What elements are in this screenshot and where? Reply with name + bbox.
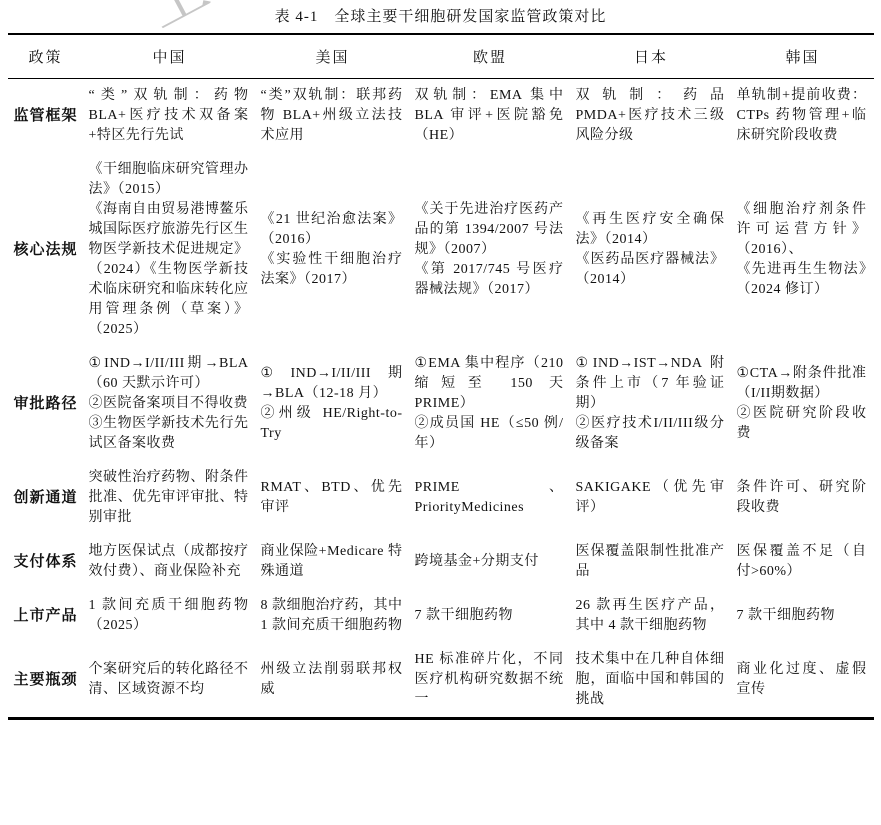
table-row-core-regulations: 核心法规 《干细胞临床研究管理办法》（2015） 《海南自由贸易港博鳌乐城国际医…: [8, 153, 874, 347]
row-label-core-regulations: 核心法规: [8, 153, 84, 347]
table-row-innovation-channel: 创新通道 突破性治疗药物、附条件批准、优先审评审批、特别审批 RMAT、BTD、…: [8, 461, 874, 535]
cell-innovation-china: 突破性治疗药物、附条件批准、优先审评审批、特别审批: [84, 461, 256, 535]
column-header-eu: 欧盟: [410, 34, 571, 79]
table-body: 监管框架 “类”双轨制：药物 BLA+医疗技术双备案+特区先行先试 “类”双轨制…: [8, 79, 874, 719]
cell-pathway-china: ①IND→I/II/III期→BLA（60 天默示许可） ②医院备案项目不得收费…: [84, 347, 256, 461]
row-label-main-bottlenecks: 主要瓶颈: [8, 643, 84, 719]
cell-payment-korea: 医保覆盖不足（自付>60%）: [732, 535, 874, 589]
cell-products-japan: 26 款再生医疗产品，其中 4 款干细胞药物: [571, 589, 732, 643]
cell-bottleneck-china: 个案研究后的转化路径不清、区域资源不均: [84, 643, 256, 719]
cell-regulations-korea: 《细胞治疗剂条件许可运营方针》（2016）、 《先进再生生物法》（2024 修订…: [732, 153, 874, 347]
cell-products-korea: 7 款干细胞药物: [732, 589, 874, 643]
table-row-regulatory-framework: 监管框架 “类”双轨制：药物 BLA+医疗技术双备案+特区先行先试 “类”双轨制…: [8, 79, 874, 154]
cell-bottleneck-japan: 技术集中在几种自体细胞，面临中国和韩国的挑战: [571, 643, 732, 719]
cell-products-usa: 8 款细胞治疗药，其中 1 款间充质干细胞药物: [256, 589, 410, 643]
cell-regulations-eu: 《关于先进治疗医药产品的第 1394/2007 号法规》（2007） 《第 20…: [410, 153, 571, 347]
table-header: 政策 中国 美国 欧盟 日本 韩国: [8, 34, 874, 79]
column-header-japan: 日本: [571, 34, 732, 79]
cell-payment-eu: 跨境基金+分期支付: [410, 535, 571, 589]
cell-payment-usa: 商业保险+Medicare 特殊通道: [256, 535, 410, 589]
cell-pathway-japan: ①IND→IST→NDA 附条件上市（7 年验证期） ②医疗技术I/II/III…: [571, 347, 732, 461]
policy-comparison-table: 政策 中国 美国 欧盟 日本 韩国 监管框架 “类”双轨制：药物 BLA+医疗技…: [8, 33, 874, 720]
column-header-policy: 政策: [8, 34, 84, 79]
cell-framework-china: “类”双轨制：药物 BLA+医疗技术双备案+特区先行先试: [84, 79, 256, 154]
column-header-usa: 美国: [256, 34, 410, 79]
table-row-main-bottlenecks: 主要瓶颈 个案研究后的转化路径不清、区域资源不均 州级立法削弱联邦权威 HE 标…: [8, 643, 874, 719]
cell-products-eu: 7 款干细胞药物: [410, 589, 571, 643]
row-label-marketed-products: 上市产品: [8, 589, 84, 643]
column-header-china: 中国: [84, 34, 256, 79]
row-label-approval-pathway: 审批路径: [8, 347, 84, 461]
cell-framework-japan: 双轨制：药品 PMDA+医疗技术三级风险分级: [571, 79, 732, 154]
cell-regulations-china: 《干细胞临床研究管理办法》（2015） 《海南自由贸易港博鳌乐城国际医疗旅游先行…: [84, 153, 256, 347]
cell-innovation-eu: PRIME、PriorityMedicines: [410, 461, 571, 535]
row-label-innovation-channel: 创新通道: [8, 461, 84, 535]
cell-payment-china: 地方医保试点（成都按疗效付费）、商业保险补充: [84, 535, 256, 589]
row-label-regulatory-framework: 监管框架: [8, 79, 84, 154]
cell-pathway-eu: ①EMA 集中程序（210 缩短至 150 天 PRIME） ②成员国 HE（≤…: [410, 347, 571, 461]
cell-innovation-korea: 条件许可、研究阶段收费: [732, 461, 874, 535]
cell-bottleneck-korea: 商业化过度、虚假宣传: [732, 643, 874, 719]
cell-pathway-usa: ①IND→I/II/III期→BLA（12-18 月） ②州级 HE/Right…: [256, 347, 410, 461]
cell-innovation-usa: RMAT、BTD、优先审评: [256, 461, 410, 535]
cell-innovation-japan: SAKIGAKE（优先审评）: [571, 461, 732, 535]
cell-regulations-usa: 《21 世纪治愈法案》（2016） 《实验性干细胞治疗法案》（2017）: [256, 153, 410, 347]
page: { "watermark": "上海", "title": "表 4-1 全球主…: [0, 0, 881, 825]
cell-framework-eu: 双轨制：EMA 集中 BLA 审评+医院豁免（HE）: [410, 79, 571, 154]
table-row-payment-system: 支付体系 地方医保试点（成都按疗效付费）、商业保险补充 商业保险+Medicar…: [8, 535, 874, 589]
header-row: 政策 中国 美国 欧盟 日本 韩国: [8, 34, 874, 79]
table-row-approval-pathway: 审批路径 ①IND→I/II/III期→BLA（60 天默示许可） ②医院备案项…: [8, 347, 874, 461]
table-title: 表 4-1 全球主要干细胞研发国家监管政策对比: [0, 0, 881, 26]
cell-payment-japan: 医保覆盖限制性批准产品: [571, 535, 732, 589]
cell-regulations-japan: 《再生医疗安全确保法》（2014） 《医药品医疗器械法》（2014）: [571, 153, 732, 347]
table-row-marketed-products: 上市产品 1 款间充质干细胞药物（2025） 8 款细胞治疗药，其中 1 款间充…: [8, 589, 874, 643]
cell-framework-usa: “类”双轨制：联邦药物 BLA+州级立法技术应用: [256, 79, 410, 154]
cell-bottleneck-eu: HE 标准碎片化，不同医疗机构研究数据不统一: [410, 643, 571, 719]
cell-framework-korea: 单轨制+提前收费：CTPs 药物管理+临床研究阶段收费: [732, 79, 874, 154]
cell-pathway-korea: ①CTA→附条件批准（I/II期数据） ②医院研究阶段收费: [732, 347, 874, 461]
cell-products-china: 1 款间充质干细胞药物（2025）: [84, 589, 256, 643]
column-header-korea: 韩国: [732, 34, 874, 79]
row-label-payment-system: 支付体系: [8, 535, 84, 589]
cell-bottleneck-usa: 州级立法削弱联邦权威: [256, 643, 410, 719]
